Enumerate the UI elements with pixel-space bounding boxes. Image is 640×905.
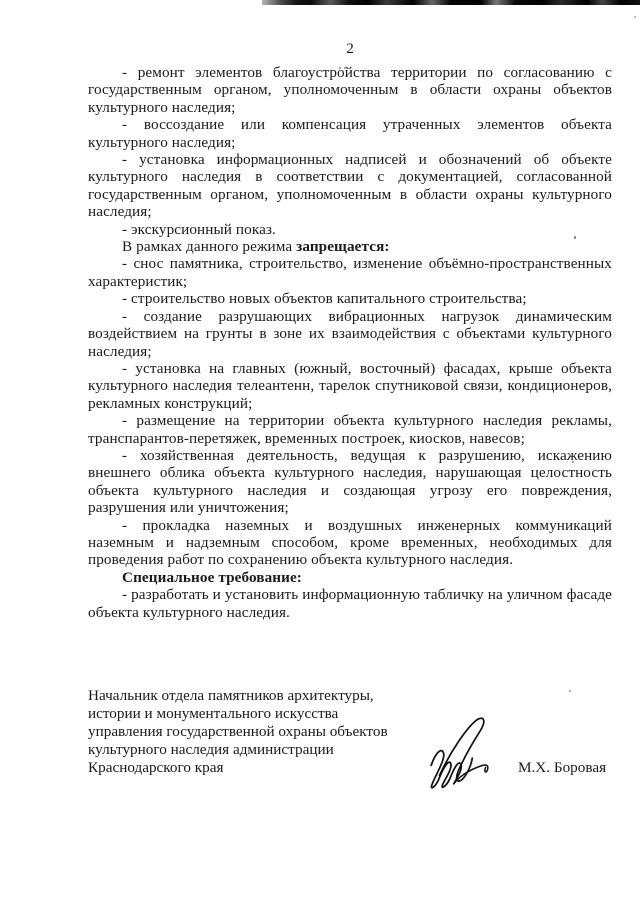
paragraph: - ремонт элементов благоустройства терри…: [88, 64, 612, 116]
paragraph-text: - экскурсионный показ.: [122, 221, 276, 238]
paragraph-text: - создание разрушающих вибрационных нагр…: [88, 308, 612, 360]
scan-speck: [339, 67, 341, 69]
paragraph-text: - разработать и установить информационну…: [88, 586, 612, 620]
paragraph: - хозяйственная деятельность, ведущая к …: [88, 447, 612, 517]
paragraph: - строительство новых объектов капитальн…: [88, 290, 612, 307]
signoff-line: культурного наследия администрации: [88, 741, 428, 759]
document-body: - ремонт элементов благоустройства терри…: [88, 64, 612, 621]
paragraph-text: - установка на главных (южный, восточный…: [88, 360, 612, 412]
paragraph: - создание разрушающих вибрационных нагр…: [88, 308, 612, 360]
signer-name: М.Х. Боровая: [518, 759, 606, 777]
paragraph-text: - ремонт элементов благоустройства терри…: [88, 64, 612, 116]
paragraph: - размещение на территории объекта культ…: [88, 412, 612, 447]
paragraph: - прокладка наземных и воздушных инженер…: [88, 517, 612, 569]
paragraph: - экскурсионный показ.: [88, 221, 612, 238]
paragraph: - установка информационных надписей и об…: [88, 151, 612, 221]
paragraph-text: В рамках данного режима: [122, 238, 296, 255]
paragraph: Специальное требование:: [88, 569, 612, 586]
paragraph: - снос памятника, строительство, изменен…: [88, 255, 612, 290]
signature-icon: [424, 712, 500, 792]
signoff-line: истории и монументального искусства: [88, 705, 428, 723]
paragraph-text: - размещение на территории объекта культ…: [88, 412, 612, 446]
scan-artifact-strip: [262, 0, 640, 5]
paragraph: В рамках данного режима запрещается:: [88, 238, 612, 255]
paragraph-text: - строительство новых объектов капитальн…: [122, 290, 527, 307]
paragraph: - установка на главных (южный, восточный…: [88, 360, 612, 412]
paragraph-text: - снос памятника, строительство, изменен…: [88, 255, 612, 289]
bold-term: запрещается:: [296, 238, 389, 255]
document-page: 2 - ремонт элементов благоустройства тер…: [0, 0, 640, 905]
scan-speck: [572, 461, 574, 463]
paragraph-text: - воссоздание или компенсация утраченных…: [88, 116, 612, 150]
scan-speck: [634, 16, 636, 18]
paragraph: - воссоздание или компенсация утраченных…: [88, 116, 612, 151]
paragraph-text: - прокладка наземных и воздушных инженер…: [88, 517, 612, 569]
scan-speck: [344, 67, 346, 69]
paragraph-text: - установка информационных надписей и об…: [88, 151, 612, 220]
signoff-line: управления государственной охраны объект…: [88, 723, 428, 741]
paragraph: - разработать и установить информационну…: [88, 586, 612, 621]
signoff-line: Начальник отдела памятников архитектуры,: [88, 687, 428, 705]
page-number: 2: [88, 40, 612, 58]
signoff-block: Начальник отдела памятников архитектуры,…: [88, 687, 428, 777]
bold-term: Специальное требование:: [122, 569, 302, 586]
scan-speck: [569, 690, 571, 692]
signoff-line: Краснодарского края: [88, 759, 428, 777]
paragraph-text: - хозяйственная деятельность, ведущая к …: [88, 447, 612, 516]
scan-speck: [574, 236, 576, 239]
